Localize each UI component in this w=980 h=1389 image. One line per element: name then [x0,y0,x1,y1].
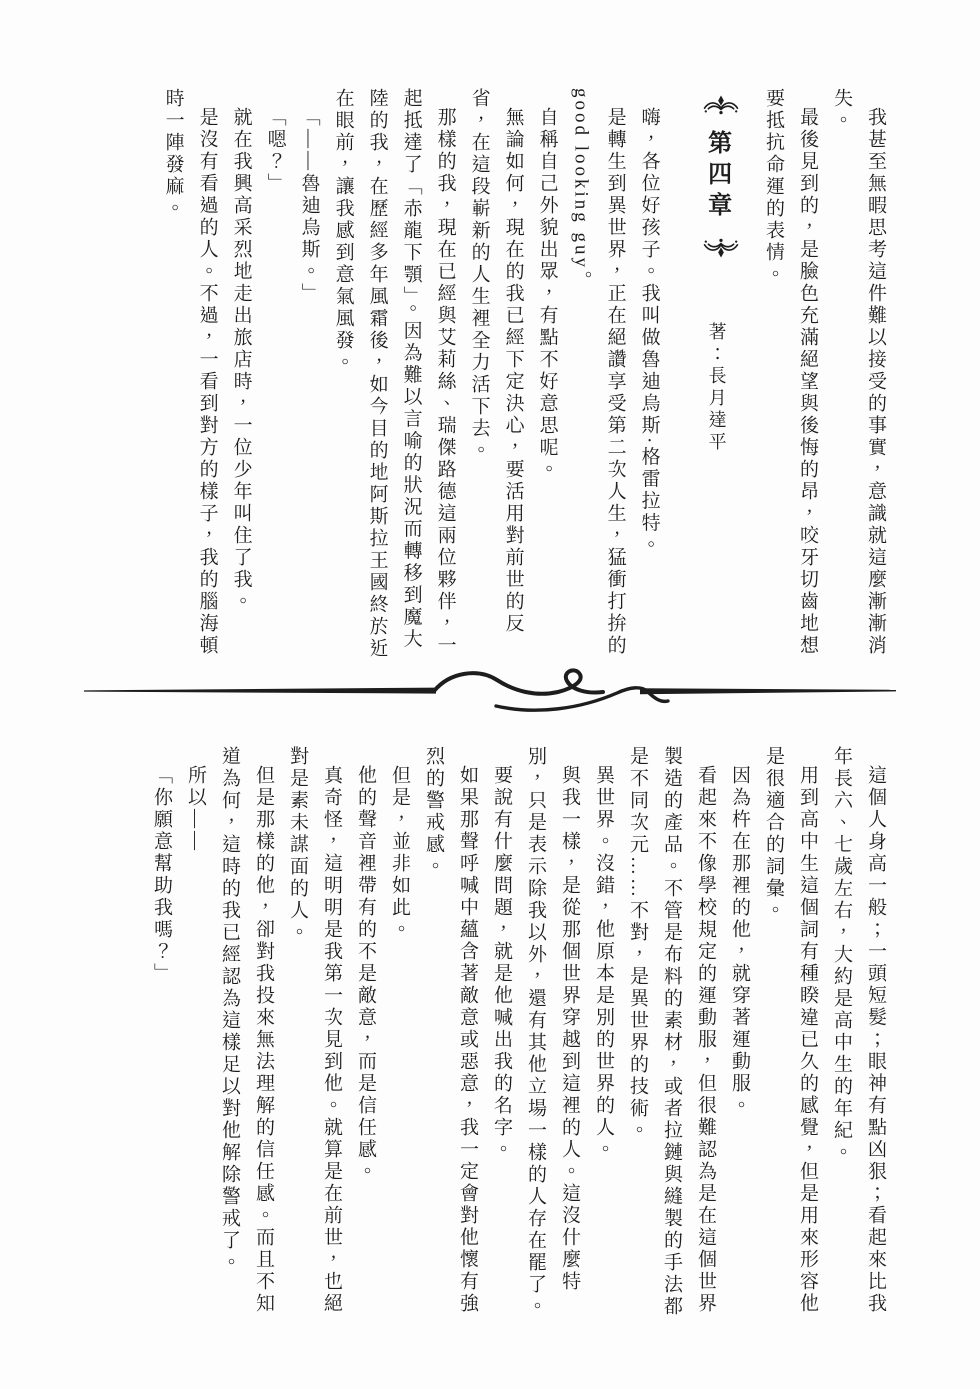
paragraph: 要說有什麼問題，就是他喊出我的名字。 [484,746,518,1324]
chapter-heading: 第四章 著：長月達平 [694,88,740,666]
paragraph: 如果那聲呼喊中蘊含著敵意或惡意，我一定會對他懷有強烈的警戒感。 [416,746,484,1324]
paragraph: 異世界。沒錯，他原本是別的世界的人。 [586,746,620,1324]
paragraph: 是沒有看過的人。不過，一看到對方的樣子，我的腦海頓時一陣發麻。 [156,88,224,666]
calligraphic-divider-icon [84,660,896,718]
top-text-section: 我甚至無暇思考這件難以接受的事實，意識就這麼漸漸消失。最後見到的，是臉色充滿絕望… [156,88,892,666]
paragraph: 我甚至無暇思考這件難以接受的事實，意識就這麼漸漸消失。 [824,88,892,666]
paragraph: 最後見到的，是臉色充滿絕望與後悔的昂，咬牙切齒地想要抵抗命運的表情。 [756,88,824,666]
paragraph: 這個人身高一般；一頭短髮；眼神有點凶狠；看起來比我年長六、七歲左右，大約是高中生… [824,746,892,1324]
paragraph: 與我一樣，是從那個世界穿越到這裡的人。這沒什麼特別，只是表示除我以外，還有其他立… [518,746,586,1324]
floral-ornament-icon [702,237,740,259]
paragraph: 「嗯？」 [258,88,292,666]
paragraph: 所以—— [178,746,212,1324]
paragraph: 因為杵在那裡的他，就穿著運動服。 [722,746,756,1324]
paragraph: 嗨，各位好孩子。我叫做魯迪烏斯·格雷拉特。 [632,88,666,666]
paragraph: 那樣的我，現在已經與艾莉絲、瑞傑路德這兩位夥伴，一起抵達了「赤龍下顎」。因為難以… [326,88,462,666]
paragraphs-after-heading: 嗨，各位好孩子。我叫做魯迪烏斯·格雷拉特。是轉生到異世界，正在絕讚享受第二次人生… [156,88,666,666]
paragraph: 無論如何，現在的我已經下定決心，要活用對前世的反省，在這段嶄新的人生裡全力活下去… [462,88,530,666]
floral-ornament-icon [702,94,740,116]
paragraph: 看起來不像學校規定的運動服，但很難認為是在這個世界製造的產品。不管是布料的素材，… [620,746,722,1324]
paragraph: 他的聲音裡帶有的不是敵意，而是信任感。 [348,746,382,1324]
paragraph: 但是，並非如此。 [382,746,416,1324]
paragraph: 「你願意幫助我嗎？」 [144,746,178,1324]
paragraph: 自稱自己外貌出眾，有點不好意思呢。 [530,88,564,666]
chapter-author: 著：長月達平 [707,322,727,454]
paragraph: 「——魯迪烏斯。」 [292,88,326,666]
bottom-paragraphs: 這個人身高一般；一頭短髮；眼神有點凶狠；看起來比我年長六、七歲左右，大約是高中生… [144,746,892,1324]
bottom-text-section: 這個人身高一般；一頭短髮；眼神有點凶狠；看起來比我年長六、七歲左右，大約是高中生… [144,746,892,1324]
paragraph: 但是那樣的他，卻對我投來無法理解的信任感。而且不知道為何，這時的我已經認為這樣足… [212,746,280,1324]
chapter-title: 第四章 [704,130,730,223]
paragraph: 用到高中生這個詞有種睽違已久的感覺，但是用來形容他是很適合的詞彙。 [756,746,824,1324]
paragraph: 是轉生到異世界，正在絕讚享受第二次人生，猛衝打拚的good looking gu… [564,88,632,666]
paragraph: 就在我興高采烈地走出旅店時，一位少年叫住了我。 [224,88,258,666]
novel-page: 我甚至無暇思考這件難以接受的事實，意識就這麼漸漸消失。最後見到的，是臉色充滿絕望… [0,0,980,1389]
paragraphs-before-heading: 我甚至無暇思考這件難以接受的事實，意識就這麼漸漸消失。最後見到的，是臉色充滿絕望… [756,88,892,666]
paragraph: 真奇怪，這明明是我第一次見到他。就算是在前世，也絕對是素未謀面的人。 [280,746,348,1324]
